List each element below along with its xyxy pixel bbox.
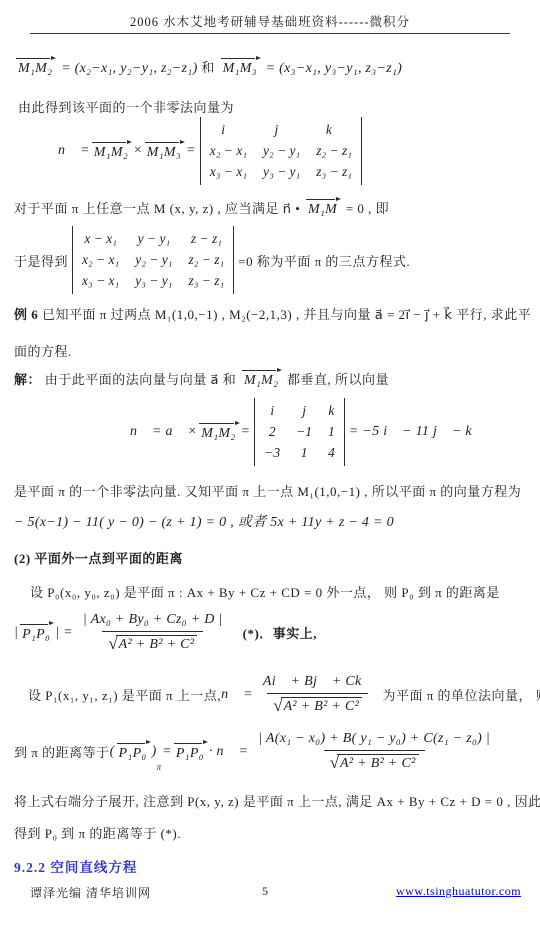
text-distance-setup: 设 P₀(x₀, y₀, z₀) 是平面 π : Ax + By + Cz + … <box>30 582 500 601</box>
formula-plane-equation: − 5(x−1) − 11( y − 0) − (z + 1) = 0 , 或者… <box>14 511 394 531</box>
det-cell: x − x₁ <box>82 231 119 247</box>
determinant-ijk: i⃗j⃗k⃗x₂ − x₁y₂ − y₁z₂ − z₁x₃ − x₁y₃ − y… <box>200 117 362 185</box>
example-6-line: 例 6 已知平面 π 过两点 M₁(1,0,−1) , M₂(−2,1,3) ,… <box>14 304 531 323</box>
cross-rhs: = −5 i⃗ − 11 j⃗ − k⃗ <box>349 424 483 440</box>
projection-fraction: | A(x₁ − x₀) + B( y₁ − y₀) + C(z₁ − z₀) … <box>252 731 496 772</box>
det-cell: 1 <box>296 445 312 461</box>
fraction-denominator: √A² + B² + C² <box>324 750 425 772</box>
vector-m1m2-components: = (x₂−x₁, y₂−y₁, z₂−z₁) <box>57 61 197 76</box>
vector-m1m3: M₁M₃ <box>145 141 184 161</box>
unit-normal-pre: 设 P₁(x₁, y₁, z₁) 是平面 π 上一点, <box>28 685 221 704</box>
unit-normal-fraction: Ai⃗ + Bj⃗ + Ck⃗ √A² + B² + C² <box>257 674 379 715</box>
text-nonzero-normal: 是平面 π 的一个非零法向量. 又知平面 π 上一点 M₁(1,0,−1) , … <box>14 481 521 500</box>
radicand: A² + B² + C² <box>337 754 419 772</box>
det-cell: i <box>264 403 280 419</box>
footer-link[interactable]: www.tsinghuatutor.com <box>396 884 521 899</box>
det-cell: z₂ − z₁ <box>188 252 224 268</box>
vector-m1m3-components: = (x₃−x₁, y₃−y₁, z₃−z₁) <box>262 61 402 76</box>
distance-fraction: | Ax₀ + By₀ + Cz₀ + D | √A² + B² + C² <box>77 612 229 653</box>
footer-author: 谭泽光编 清华培训网 <box>30 884 151 901</box>
header-title: 2006 水木艾地考研辅导基础班资料------微积分 <box>130 15 410 29</box>
example-6-label: 例 6 <box>14 307 38 322</box>
det-cell: x₃ − x₁ <box>82 273 119 289</box>
det-cell: 1 <box>328 424 335 440</box>
determinant-numeric: ijk2−11−314 <box>254 398 345 466</box>
star-note: (*)．事实上, <box>243 623 317 642</box>
vector-m1m2: M₁M₂ <box>242 369 281 389</box>
projection-pre: 到 π 的距离等于 <box>14 742 110 761</box>
fraction-numerator: | A(x₁ − x₀) + B( y₁ − y₀) + C(z₁ − z₀) … <box>252 731 496 750</box>
det-cell: 4 <box>328 445 335 461</box>
det-cell: y₂ − y₁ <box>263 143 300 159</box>
formula-distance-projection: 到 π 的距离等于 ( P₁P₀ ) π = P₁P₀ · n⃗ = | A(x… <box>14 731 500 772</box>
formula-cross-product: n⃗ = a⃗ × M₁M₂ = ijk2−11−314 = −5 i⃗ − 1… <box>130 398 483 466</box>
text-expand-numerator: 将上式右端分子展开, 注意到 P(x, y, z) 是平面 π 上一点, 满足 … <box>14 791 540 810</box>
det-cell: y − y₁ <box>135 231 172 247</box>
det-cell: y₃ − y₁ <box>135 273 172 289</box>
det-cell: y₂ − y₁ <box>135 252 172 268</box>
equals-sign: = <box>241 424 251 440</box>
example-6-continuation: 面的方程. <box>14 341 72 360</box>
solution-label: 解： <box>14 372 45 387</box>
vector-m1m2: M₁M₂ <box>92 141 131 161</box>
abs-bar-eq: | = <box>55 625 73 641</box>
solution-line: 解： 由于此平面的法向量与向量 a⃗ 和 M₁M₂ 都垂直, 所以向量 <box>14 369 389 389</box>
example-6-text: 已知平面 π 过两点 M₁(1,0,−1) , M₂(−2,1,3) , 并且与… <box>38 307 531 322</box>
equals-sign: = <box>162 744 172 760</box>
formula-normal-vector-det: n⃗ = M₁M₂ × M₁M₃ = i⃗j⃗k⃗x₂ − x₁y₂ − y₁z… <box>58 117 366 185</box>
n-vector-lhs: n⃗ = <box>58 143 90 159</box>
cross-operator: × <box>133 143 143 159</box>
document-page: 2006 水木艾地考研辅导基础班资料------微积分 M₁M₂ = (x₂−x… <box>0 0 540 925</box>
text-distance-conclusion: 得到 P₀ 到 π 的距离等于 (*). <box>14 823 181 842</box>
unit-normal-post: 为平面 π 的单位法向量， 则 P₀ <box>382 685 540 704</box>
det-cell: z₃ − z₁ <box>188 273 224 289</box>
projection-subscript: π <box>157 762 162 772</box>
det-cell: y₃ − y₁ <box>263 164 300 180</box>
dot-product-eq: · n⃗ = <box>209 744 248 760</box>
three-point-pre: 于是得到 <box>14 251 68 270</box>
radicand: A² + B² + C² <box>281 697 363 715</box>
det-cell: z − z₁ <box>188 231 224 247</box>
vector-m1m3: M₁M₃ <box>221 57 260 77</box>
n-equals: n⃗ = <box>221 687 253 703</box>
vector-m1m: M₁M <box>306 198 340 218</box>
condition-post: = 0 , 即 <box>342 201 389 216</box>
formula-distance-star: | P₁P₀ | = | Ax₀ + By₀ + Cz₀ + D | √A² +… <box>14 612 317 653</box>
vector-m1m2: M₁M₂ <box>199 422 238 442</box>
vector-p1p0: P₁P₀ <box>174 742 207 762</box>
footer-page-number: 5 <box>262 884 269 899</box>
formula-direction-vectors: M₁M₂ = (x₂−x₁, y₂−y₁, z₂−z₁) 和 M₁M₃ = (x… <box>14 57 402 77</box>
det-cell: k⃗ <box>316 122 352 138</box>
det-cell: j⃗ <box>263 122 300 138</box>
connector-and: 和 <box>198 60 219 75</box>
heading-distance-section: (2) 平面外一点到平面的距离 <box>14 548 183 567</box>
solution-post: 都垂直, 所以向量 <box>283 372 389 387</box>
cross-lhs: n⃗ = a⃗ × <box>130 424 197 440</box>
paren-close: ) <box>152 744 157 760</box>
det-cell: k <box>328 403 335 419</box>
det-cell: j <box>296 403 312 419</box>
determinant-three-point: x − x₁y − y₁z − z₁x₂ − x₁y₂ − y₁z₂ − z₁x… <box>72 226 234 294</box>
condition-pre: 对于平面 π 上任意一点 M (x, y, z) , 应当满足 n⃗ • <box>14 201 304 216</box>
det-cell: z₂ − z₁ <box>316 143 352 159</box>
det-cell: x₂ − x₁ <box>82 252 119 268</box>
three-point-post: =0 称为平面 π 的三点方程式. <box>238 251 410 270</box>
fraction-numerator: | Ax₀ + By₀ + Cz₀ + D | <box>77 612 229 631</box>
det-cell: x₃ − x₁ <box>210 164 247 180</box>
det-cell: 2 <box>264 424 280 440</box>
det-cell: i⃗ <box>210 122 247 138</box>
radicand: A² + B² + C² <box>116 635 198 653</box>
text-normal-vector-intro: 由此得到该平面的一个非零法向量为 <box>18 97 234 116</box>
text-plane-point-condition: 对于平面 π 上任意一点 M (x, y, z) , 应当满足 n⃗ • M₁M… <box>14 198 389 218</box>
vector-m1m2: M₁M₂ <box>16 57 55 77</box>
section-heading-922: 9.2.2 空间直线方程 <box>14 856 137 876</box>
fraction-numerator: Ai⃗ + Bj⃗ + Ck⃗ <box>257 674 379 693</box>
vector-p1p0: P₁P₀ <box>20 623 53 643</box>
equals-sign: = <box>186 143 196 159</box>
text-unit-normal-setup: 设 P₁(x₁, y₁, z₁) 是平面 π 上一点, n⃗ = Ai⃗ + B… <box>28 674 540 715</box>
paren-open: ( <box>110 744 115 760</box>
page-header: 2006 水木艾地考研辅导基础班资料------微积分 <box>0 12 540 30</box>
det-cell: z₃ − z₁ <box>316 164 352 180</box>
fraction-denominator: √A² + B² + C² <box>267 693 368 715</box>
formula-three-point-equation: 于是得到 x − x₁y − y₁z − z₁x₂ − x₁y₂ − y₁z₂ … <box>14 226 410 294</box>
abs-bar-open: | <box>14 625 18 641</box>
det-cell: x₂ − x₁ <box>210 143 247 159</box>
vector-p1p0: P₁P₀ <box>117 742 150 762</box>
det-cell: −3 <box>264 445 280 461</box>
det-cell: −1 <box>296 424 312 440</box>
solution-pre: 由于此平面的法向量与向量 a⃗ 和 <box>45 372 240 387</box>
fraction-denominator: √A² + B² + C² <box>102 631 203 653</box>
header-rule <box>30 33 510 34</box>
